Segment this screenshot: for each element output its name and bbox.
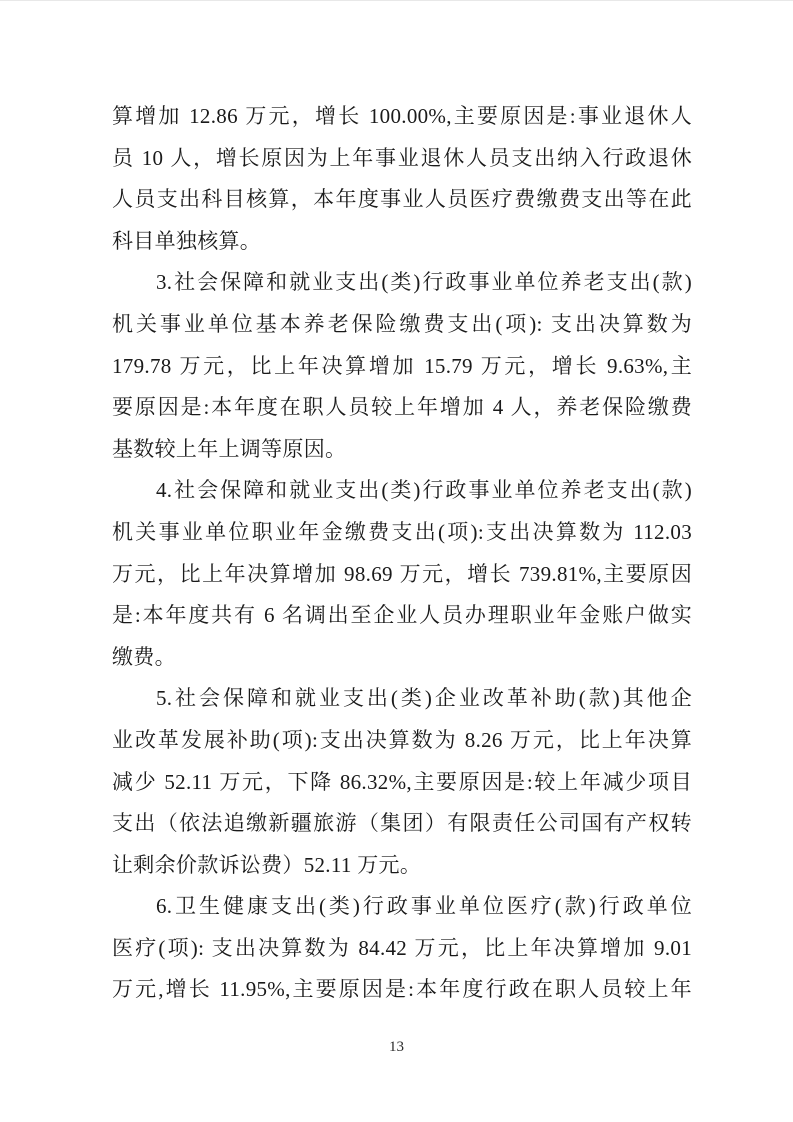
text-line: 算增加 12.86 万元，增长 100.00%,主要原因是:事业退休人 [112, 96, 692, 138]
text-line: 人员支出科目核算，本年度事业人员医疗费缴费支出等在此 [112, 179, 692, 221]
text-line: 业改革发展补助(项):支出决算数为 8.26 万元，比上年决算 [112, 720, 692, 762]
text-line: 医疗(项): 支出决算数为 84.42 万元，比上年决算增加 9.01 [112, 928, 692, 970]
text-line: 缴费。 [112, 637, 692, 679]
paragraph-continuation: 算增加 12.86 万元，增长 100.00%,主要原因是:事业退休人 员 10… [112, 96, 692, 262]
paragraph-item-6: 6.卫生健康支出(类)行政事业单位医疗(款)行政单位 医疗(项): 支出决算数为… [112, 886, 692, 1011]
text-line: 万元,增长 11.95%,主要原因是:本年度行政在职人员较上年 [112, 969, 692, 1011]
page-number: 13 [0, 1037, 793, 1057]
text-line: 要原因是:本年度在职人员较上年增加 4 人，养老保险缴费 [112, 387, 692, 429]
text-line: 3.社会保障和就业支出(类)行政事业单位养老支出(款) [112, 262, 692, 304]
text-line: 机关事业单位基本养老保险缴费支出(项): 支出决算数为 [112, 304, 692, 346]
text-line: 179.78 万元，比上年决算增加 15.79 万元，增长 9.63%,主 [112, 346, 692, 388]
text-line: 5.社会保障和就业支出(类)企业改革补助(款)其他企 [112, 678, 692, 720]
text-line: 支出（依法追缴新疆旅游（集团）有限责任公司国有产权转 [112, 803, 692, 845]
text-line: 6.卫生健康支出(类)行政事业单位医疗(款)行政单位 [112, 886, 692, 928]
text-line: 万元，比上年决算增加 98.69 万元，增长 739.81%,主要原因 [112, 554, 692, 596]
text-line: 是:本年度共有 6 名调出至企业人员办理职业年金账户做实 [112, 595, 692, 637]
text-line: 让剩余价款诉讼费）52.11 万元。 [112, 845, 692, 887]
text-line: 机关事业单位职业年金缴费支出(项):支出决算数为 112.03 [112, 512, 692, 554]
document-page: 算增加 12.86 万元，增长 100.00%,主要原因是:事业退休人 员 10… [0, 0, 793, 1122]
text-line: 科目单独核算。 [112, 221, 692, 263]
text-line: 减少 52.11 万元，下降 86.32%,主要原因是:较上年减少项目 [112, 762, 692, 804]
text-line: 4.社会保障和就业支出(类)行政事业单位养老支出(款) [112, 470, 692, 512]
paragraph-item-5: 5.社会保障和就业支出(类)企业改革补助(款)其他企 业改革发展补助(项):支出… [112, 678, 692, 886]
paragraph-item-4: 4.社会保障和就业支出(类)行政事业单位养老支出(款) 机关事业单位职业年金缴费… [112, 470, 692, 678]
document-body-text: 算增加 12.86 万元，增长 100.00%,主要原因是:事业退休人 员 10… [112, 96, 692, 1011]
paragraph-item-3: 3.社会保障和就业支出(类)行政事业单位养老支出(款) 机关事业单位基本养老保险… [112, 262, 692, 470]
text-line: 基数较上年上调等原因。 [112, 429, 692, 471]
text-line: 员 10 人，增长原因为上年事业退休人员支出纳入行政退休 [112, 138, 692, 180]
